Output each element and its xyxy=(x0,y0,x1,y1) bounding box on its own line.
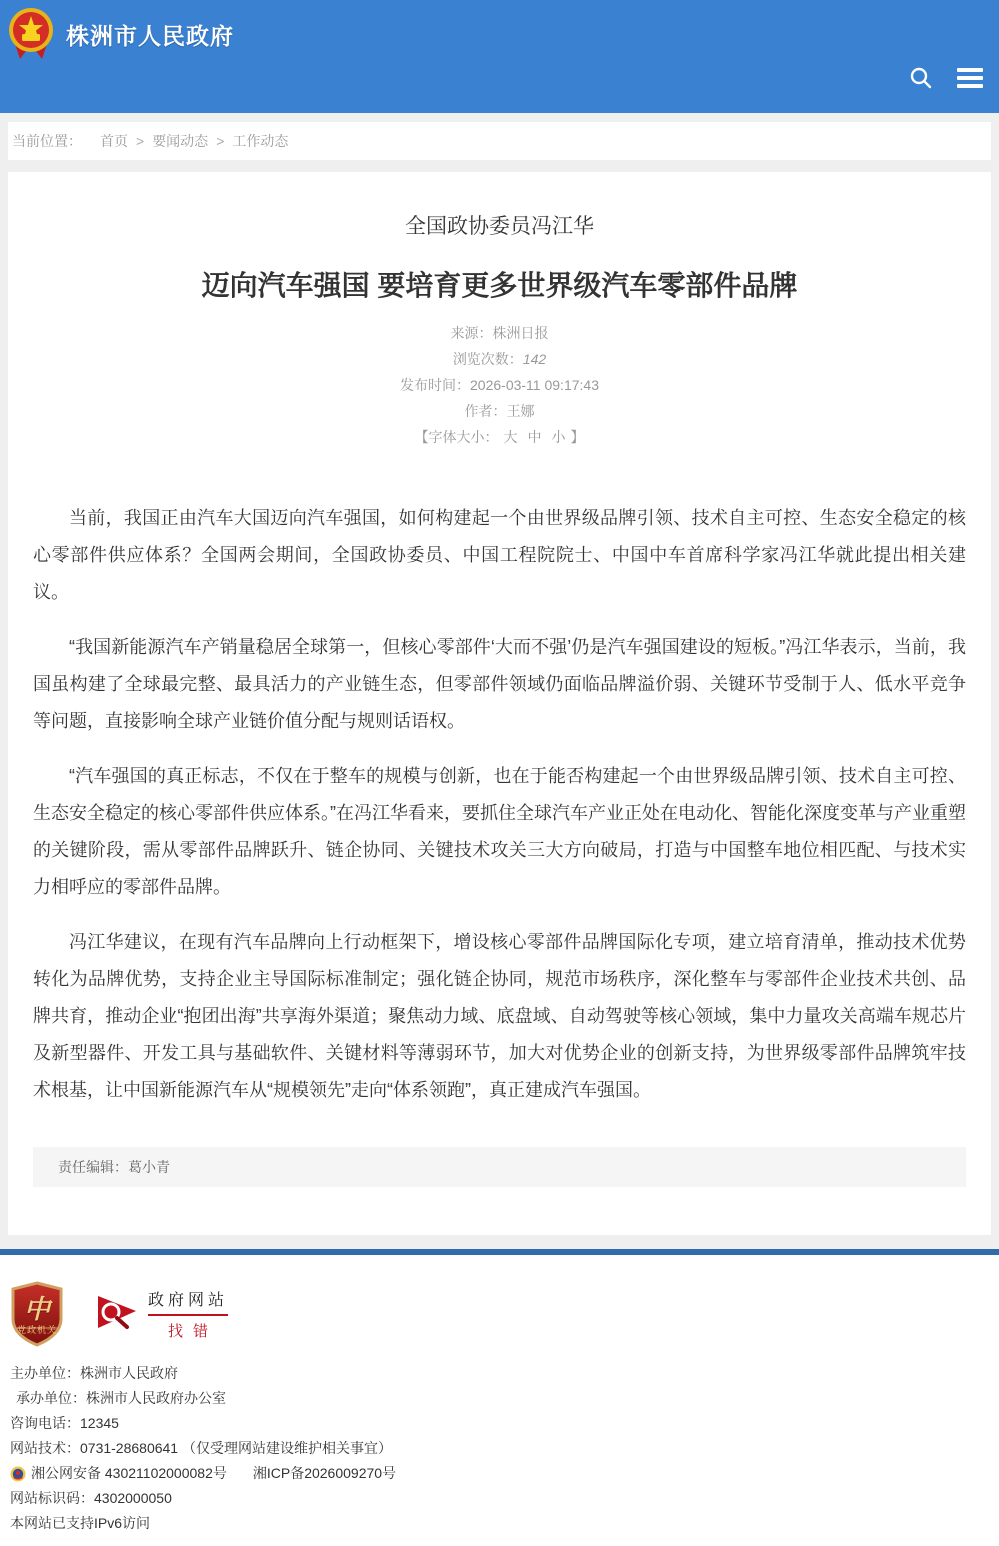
organizer-value: 株洲市人民政府 xyxy=(80,1361,178,1386)
undertaker-label: 承办单位： xyxy=(16,1386,86,1411)
find-error-action: 找错 xyxy=(158,1320,218,1341)
meta-time-label: 发布时间： xyxy=(400,377,470,393)
undertaker-value: 株洲市人民政府办公室 xyxy=(86,1386,226,1411)
article-subtitle: 全国政协委员冯江华 xyxy=(33,210,966,240)
article-card: 全国政协委员冯江华 迈向汽车强国 要培育更多世界级汽车零部件品牌 来源：株洲日报… xyxy=(8,172,991,1235)
header-actions xyxy=(909,66,983,90)
footer-line-undertaker: 承办单位：株洲市人民政府办公室 xyxy=(10,1386,989,1411)
party-government-badge[interactable]: 中 党政机关 xyxy=(10,1281,64,1347)
site-code-value: 4302000050 xyxy=(94,1486,172,1511)
footer-line-tech-support: 网站技术：0731-28680641 （仅受理网站建设维护相关事宜） xyxy=(10,1436,989,1461)
organizer-label: 主办单位： xyxy=(10,1361,80,1386)
find-error-text: 政府网站 找错 xyxy=(148,1287,228,1341)
magnifier-flag-icon xyxy=(96,1292,140,1336)
fontsize-large-button[interactable]: 大 xyxy=(504,429,518,445)
icp-record-link[interactable]: 湘ICP备2026009270号 xyxy=(253,1461,396,1486)
meta-time-value: 2026-03-11 09:17:43 xyxy=(470,377,599,393)
meta-author-value: 王娜 xyxy=(507,403,535,419)
footer-info: 主办单位：株洲市人民政府 承办单位：株洲市人民政府办公室 咨询电话：12345 … xyxy=(10,1361,989,1536)
article-paragraph: “我国新能源汽车产销量稳居全球第一，但核心零部件‘大而不强’仍是汽车强国建设的短… xyxy=(33,629,966,740)
article-body: 当前，我国正由汽车大国迈向汽车强国，如何构建起一个由世界级品牌引领、技术自主可控… xyxy=(33,500,966,1109)
tech-value: 0731-28680641 （仅受理网站建设维护相关事宜） xyxy=(80,1436,392,1461)
fontsize-small-button[interactable]: 小 xyxy=(552,429,566,445)
fontsize-suffix: 】 xyxy=(571,429,585,445)
party-badge-label: 党政机关 xyxy=(10,1323,64,1336)
footer-line-records: 湘公网安备 43021102000082号 湘ICP备2026009270号 xyxy=(10,1461,989,1486)
site-error-report-badge[interactable]: 政府网站 找错 xyxy=(96,1287,228,1341)
national-emblem-icon xyxy=(8,7,54,61)
meta-views: 浏览次数：142 xyxy=(33,346,966,372)
article-title: 迈向汽车强国 要培育更多世界级汽车零部件品牌 xyxy=(33,264,966,304)
site-code-label: 网站标识码： xyxy=(10,1486,94,1511)
hotline-value: 12345 xyxy=(80,1411,119,1436)
site-footer: 中 党政机关 政府网站 找错 主办单位：株洲市人民政府 承办单位：株洲市人民政府… xyxy=(0,1255,999,1546)
footer-line-site-code: 网站标识码：4302000050 xyxy=(10,1486,989,1511)
article-meta: 来源：株洲日报 浏览次数：142 发布时间：2026-03-11 09:17:4… xyxy=(33,320,966,450)
security-record-link[interactable]: 湘公网安备 43021102000082号 xyxy=(31,1461,227,1486)
meta-views-value: 142 xyxy=(523,351,546,367)
meta-fontsize-control: 【字体大小：大中小】 xyxy=(33,424,966,450)
hotline-label: 咨询电话： xyxy=(10,1411,80,1436)
breadcrumb-current-link[interactable]: 工作动态 xyxy=(232,131,288,151)
footer-badges: 中 党政机关 政府网站 找错 xyxy=(10,1281,989,1347)
meta-views-label: 浏览次数： xyxy=(453,351,523,367)
breadcrumb: 当前位置： 首页 > 要闻动态 > 工作动态 xyxy=(8,122,991,160)
fontsize-medium-button[interactable]: 中 xyxy=(528,429,542,445)
find-error-title: 政府网站 xyxy=(148,1287,228,1316)
public-security-badge-icon xyxy=(10,1466,26,1482)
meta-source: 来源：株洲日报 xyxy=(33,320,966,346)
article-paragraph: “汽车强国的真正标志，不仅在于整车的规模与创新，也在于能否构建起一个由世界级品牌… xyxy=(33,758,966,906)
meta-source-value: 株洲日报 xyxy=(493,325,549,341)
site-header: 株洲市人民政府 xyxy=(0,0,999,113)
breadcrumb-home-link[interactable]: 首页 xyxy=(100,131,128,151)
meta-publish-time: 发布时间：2026-03-11 09:17:43 xyxy=(33,372,966,398)
meta-author-label: 作者： xyxy=(465,403,507,419)
article-paragraph: 当前，我国正由汽车大国迈向汽车强国，如何构建起一个由世界级品牌引领、技术自主可控… xyxy=(33,500,966,611)
ipv6-notice: 本网站已支持IPv6访问 xyxy=(10,1511,150,1536)
site-title: 株洲市人民政府 xyxy=(66,18,234,51)
footer-line-ipv6: 本网站已支持IPv6访问 xyxy=(10,1511,989,1536)
footer-line-hotline: 咨询电话：12345 xyxy=(10,1411,989,1436)
hamburger-menu-icon[interactable] xyxy=(957,68,983,88)
search-icon[interactable] xyxy=(909,66,933,90)
tech-label: 网站技术： xyxy=(10,1436,80,1461)
party-badge-emblem-glyph: 中 xyxy=(10,1289,64,1326)
fontsize-prefix: 【字体大小： xyxy=(415,429,499,445)
meta-author: 作者：王娜 xyxy=(33,398,966,424)
footer-line-organizer: 主办单位：株洲市人民政府 xyxy=(10,1361,989,1386)
editor-credit: 责任编辑：葛小青 xyxy=(58,1159,170,1175)
editor-box: 责任编辑：葛小青 xyxy=(33,1147,966,1187)
breadcrumb-separator: > xyxy=(216,133,224,149)
breadcrumb-section-link[interactable]: 要闻动态 xyxy=(152,131,208,151)
meta-source-label: 来源： xyxy=(451,325,493,341)
breadcrumb-label: 当前位置： xyxy=(12,131,82,151)
site-logo-row[interactable]: 株洲市人民政府 xyxy=(8,7,234,61)
article-paragraph: 冯江华建议，在现有汽车品牌向上行动框架下，增设核心零部件品牌国际化专项，建立培育… xyxy=(33,924,966,1109)
breadcrumb-separator: > xyxy=(136,133,144,149)
